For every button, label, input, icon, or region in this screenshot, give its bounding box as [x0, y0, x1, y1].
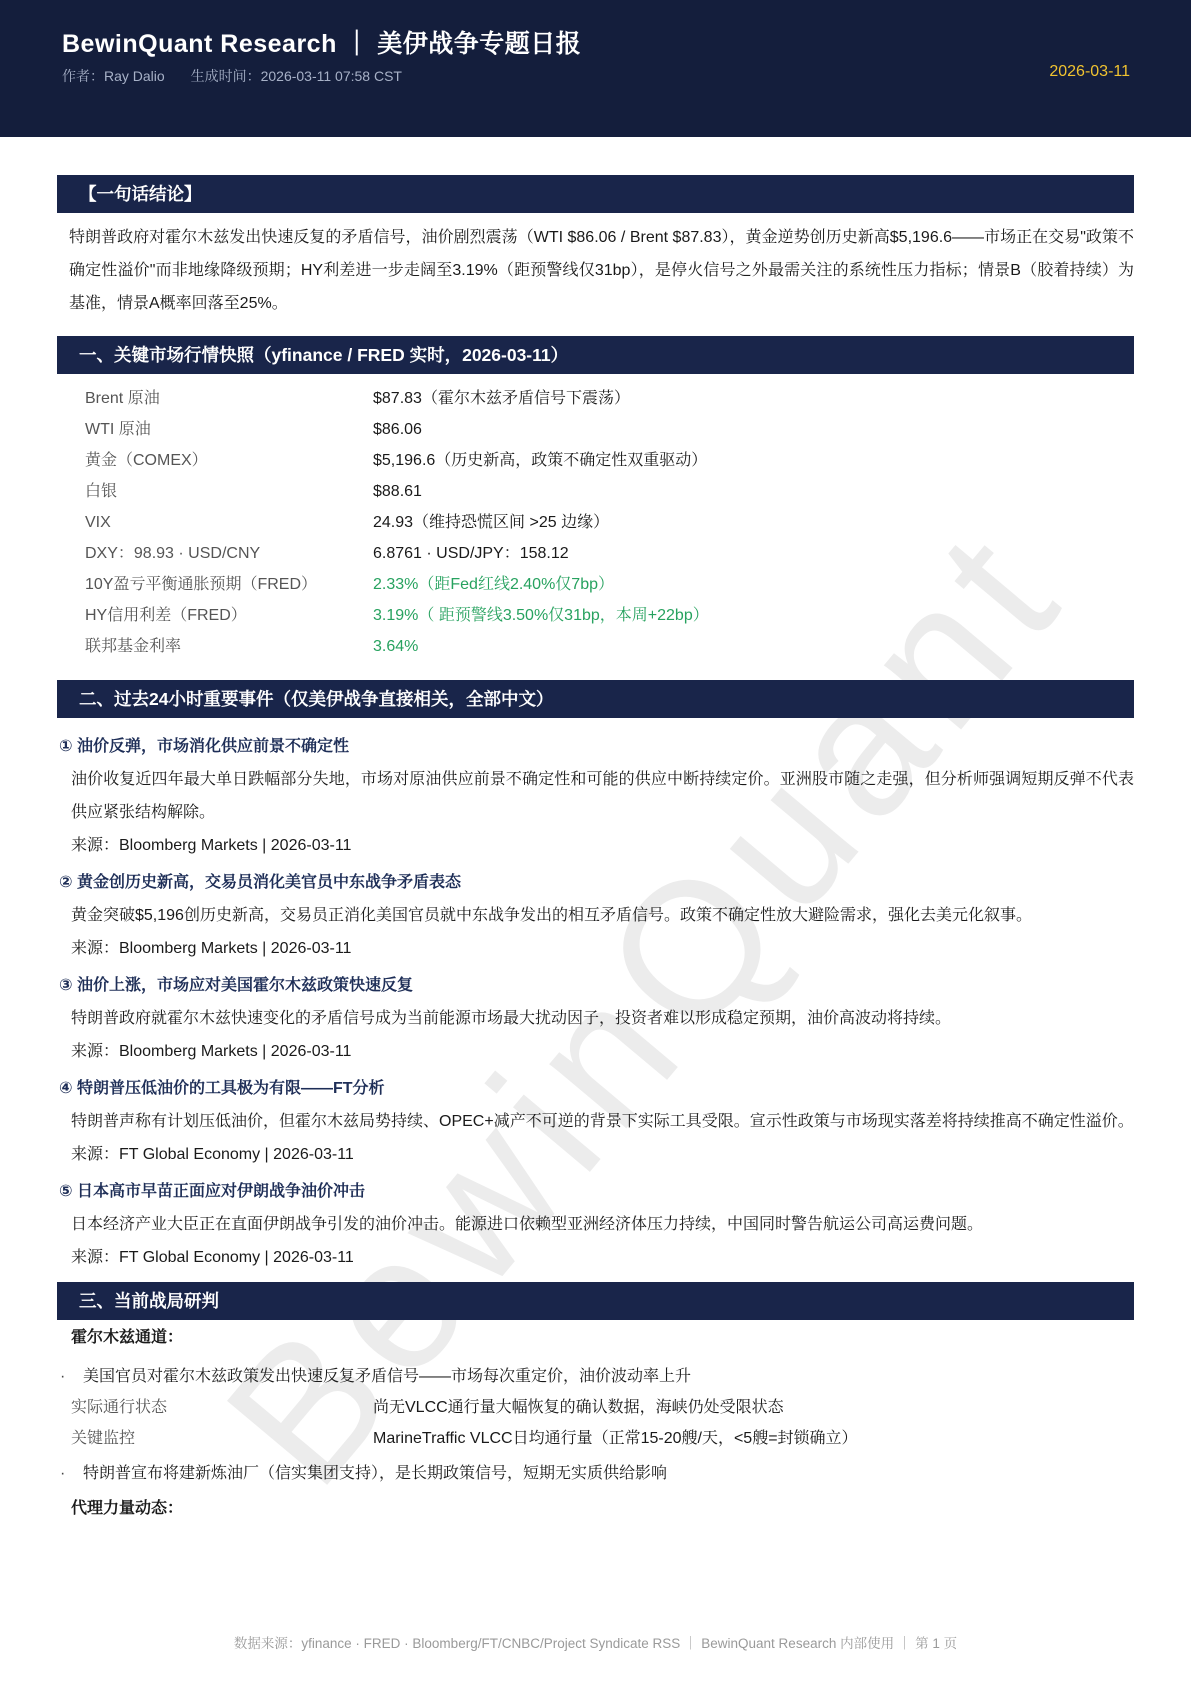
- section-bar-market-snapshot: 一、关键市场行情快照（yfinance / FRED 实时，2026-03-11…: [57, 336, 1134, 374]
- market-table: Brent 原油 $87.83（霍尔木兹矛盾信号下震荡） WTI 原油 $86.…: [85, 383, 1134, 662]
- event-title: ② 黄金创历史新高，交易员消化美官员中东战争矛盾表态: [59, 866, 1134, 899]
- market-row: WTI 原油 $86.06: [85, 414, 1134, 445]
- event-source: 来源：Bloomberg Markets | 2026-03-11: [71, 1035, 1134, 1068]
- market-label: 黄金（COMEX）: [85, 445, 373, 476]
- event-item: ② 黄金创历史新高，交易员消化美官员中东战争矛盾表态 黄金突破$5,196创历史…: [57, 866, 1134, 965]
- author-label: 作者：Ray Dalio: [62, 68, 165, 84]
- event-title: ③ 油价上涨，市场应对美国霍尔木兹政策快速反复: [59, 969, 1134, 1002]
- kv-value: MarineTraffic VLCC日均通行量（正常15-20艘/天，<5艘=封…: [373, 1423, 858, 1454]
- event-body: 油价收复近四年最大单日跌幅部分失地，市场对原油供应前景不确定性和可能的供应中断持…: [71, 763, 1134, 829]
- bullet-dot: ·: [60, 1361, 83, 1392]
- event-source: 来源：Bloomberg Markets | 2026-03-11: [71, 829, 1134, 862]
- kv-row-key-monitor: 关键监控 MarineTraffic VLCC日均通行量（正常15-20艘/天，…: [71, 1423, 1134, 1454]
- event-item: ④ 特朗普压低油价的工具极为有限——FT分析 特朗普声称有计划压低油价，但霍尔木…: [57, 1072, 1134, 1171]
- event-source: 来源：FT Global Economy | 2026-03-11: [71, 1138, 1134, 1171]
- market-label: Brent 原油: [85, 383, 373, 414]
- market-row: Brent 原油 $87.83（霍尔木兹矛盾信号下震荡）: [85, 383, 1134, 414]
- report-meta-line: 作者：Ray Dalio 生成时间：2026-03-11 07:58 CST: [62, 66, 424, 86]
- market-label: 10Y盈亏平衡通胀预期（FRED）: [85, 569, 373, 600]
- market-row: 10Y盈亏平衡通胀预期（FRED） 2.33%（距Fed红线2.40%仅7bp）: [85, 569, 1134, 600]
- event-item: ① 油价反弹，市场消化供应前景不确定性 油价收复近四年最大单日跌幅部分失地，市场…: [57, 730, 1134, 862]
- bullet-dot: ·: [60, 1458, 83, 1489]
- events-list: ① 油价反弹，市场消化供应前景不确定性 油价收复近四年最大单日跌幅部分失地，市场…: [57, 730, 1134, 1274]
- event-body: 黄金突破$5,196创历史新高，交易员正消化美国官员就中东战争发出的相互矛盾信号…: [71, 899, 1134, 932]
- market-value: 3.64%: [373, 631, 418, 662]
- page-footer: 数据来源：yfinance · FRED · Bloomberg/FT/CNBC…: [0, 1632, 1191, 1652]
- generated-time-label: 生成时间：2026-03-11 07:58 CST: [191, 68, 402, 84]
- event-source: 来源：Bloomberg Markets | 2026-03-11: [71, 932, 1134, 965]
- event-item: ③ 油价上涨，市场应对美国霍尔木兹政策快速反复 特朗普政府就霍尔木兹快速变化的矛…: [57, 969, 1134, 1068]
- market-value: $87.83（霍尔木兹矛盾信号下震荡）: [373, 383, 630, 414]
- section-bar-situation: 三、当前战局研判: [57, 1282, 1134, 1320]
- report-date-badge: 2026-03-11: [1049, 63, 1130, 81]
- market-value: 6.8761 · USD/JPY：158.12: [373, 538, 569, 569]
- market-label: 联邦基金利率: [85, 631, 373, 662]
- kv-label: 关键监控: [71, 1423, 373, 1454]
- market-value: 24.93（维持恐慌区间 >25 边缘）: [373, 507, 609, 538]
- bullet-item: · 美国官员对霍尔木兹政策发出快速反复矛盾信号——市场每次重定价，油价波动率上升: [60, 1361, 1134, 1392]
- event-title: ⑤ 日本高市早苗正面应对伊朗战争油价冲击: [59, 1175, 1134, 1208]
- market-label: VIX: [85, 507, 373, 538]
- market-value: $5,196.6（历史新高，政策不确定性双重驱动）: [373, 445, 707, 476]
- proxy-forces-heading: 代理力量动态：: [71, 1493, 1134, 1524]
- market-label: DXY：98.93 · USD/CNY: [85, 538, 373, 569]
- event-body: 日本经济产业大臣正在直面伊朗战争引发的油价冲击。能源进口依赖型亚洲经济体压力持续…: [71, 1208, 1134, 1241]
- section-bar-events: 二、过去24小时重要事件（仅美伊战争直接相关，全部中文）: [57, 680, 1134, 718]
- market-value: $86.06: [373, 414, 422, 445]
- market-value: $88.61: [373, 476, 422, 507]
- market-row: VIX 24.93（维持恐慌区间 >25 边缘）: [85, 507, 1134, 538]
- bullet-item: · 特朗普宣布将建新炼油厂（信实集团支持），是长期政策信号，短期无实质供给影响: [60, 1458, 1134, 1489]
- report-page: BewinQuant BewinQuant Research ｜ 美伊战争专题日…: [0, 0, 1191, 1684]
- event-source: 来源：FT Global Economy | 2026-03-11: [71, 1241, 1134, 1274]
- hormuz-channel-heading: 霍尔木兹通道：: [71, 1322, 1134, 1353]
- conclusion-text: 特朗普政府对霍尔木兹发出快速反复的矛盾信号，油价剧烈震荡（WTI $86.06 …: [69, 221, 1134, 320]
- market-row: HY信用利差（FRED） 3.19%（ 距预警线3.50%仅31bp，本周+22…: [85, 600, 1134, 631]
- event-body: 特朗普声称有计划压低油价，但霍尔木兹局势持续、OPEC+减产不可逆的背景下实际工…: [71, 1105, 1134, 1138]
- page-header: BewinQuant Research ｜ 美伊战争专题日报 作者：Ray Da…: [0, 0, 1191, 137]
- event-body: 特朗普政府就霍尔木兹快速变化的矛盾信号成为当前能源市场最大扰动因子，投资者难以形…: [71, 1002, 1134, 1035]
- market-row: 黄金（COMEX） $5,196.6（历史新高，政策不确定性双重驱动）: [85, 445, 1134, 476]
- event-title: ④ 特朗普压低油价的工具极为有限——FT分析: [59, 1072, 1134, 1105]
- market-value: 2.33%（距Fed红线2.40%仅7bp）: [373, 569, 614, 600]
- market-value: 3.19%（ 距预警线3.50%仅31bp，本周+22bp）: [373, 600, 709, 631]
- report-title: BewinQuant Research ｜ 美伊战争专题日报: [62, 24, 581, 60]
- bullet-text: 特朗普宣布将建新炼油厂（信实集团支持），是长期政策信号，短期无实质供给影响: [83, 1458, 667, 1489]
- bullet-text: 美国官员对霍尔木兹政策发出快速反复矛盾信号——市场每次重定价，油价波动率上升: [83, 1361, 691, 1392]
- market-row: 联邦基金利率 3.64%: [85, 631, 1134, 662]
- market-label: HY信用利差（FRED）: [85, 600, 373, 631]
- kv-label: 实际通行状态: [71, 1392, 373, 1423]
- event-title: ① 油价反弹，市场消化供应前景不确定性: [59, 730, 1134, 763]
- market-row: DXY：98.93 · USD/CNY 6.8761 · USD/JPY：158…: [85, 538, 1134, 569]
- kv-value: 尚无VLCC通行量大幅恢复的确认数据，海峡仍处受限状态: [373, 1392, 784, 1423]
- event-item: ⑤ 日本高市早苗正面应对伊朗战争油价冲击 日本经济产业大臣正在直面伊朗战争引发的…: [57, 1175, 1134, 1274]
- market-label: 白银: [85, 476, 373, 507]
- section-bar-conclusion: 【一句话结论】: [57, 175, 1134, 213]
- situation-section: 霍尔木兹通道： · 美国官员对霍尔木兹政策发出快速反复矛盾信号——市场每次重定价…: [57, 1322, 1134, 1524]
- report-content: 【一句话结论】 特朗普政府对霍尔木兹发出快速反复的矛盾信号，油价剧烈震荡（WTI…: [57, 175, 1134, 1524]
- kv-row-transit-status: 实际通行状态 尚无VLCC通行量大幅恢复的确认数据，海峡仍处受限状态: [71, 1392, 1134, 1423]
- market-row: 白银 $88.61: [85, 476, 1134, 507]
- market-label: WTI 原油: [85, 414, 373, 445]
